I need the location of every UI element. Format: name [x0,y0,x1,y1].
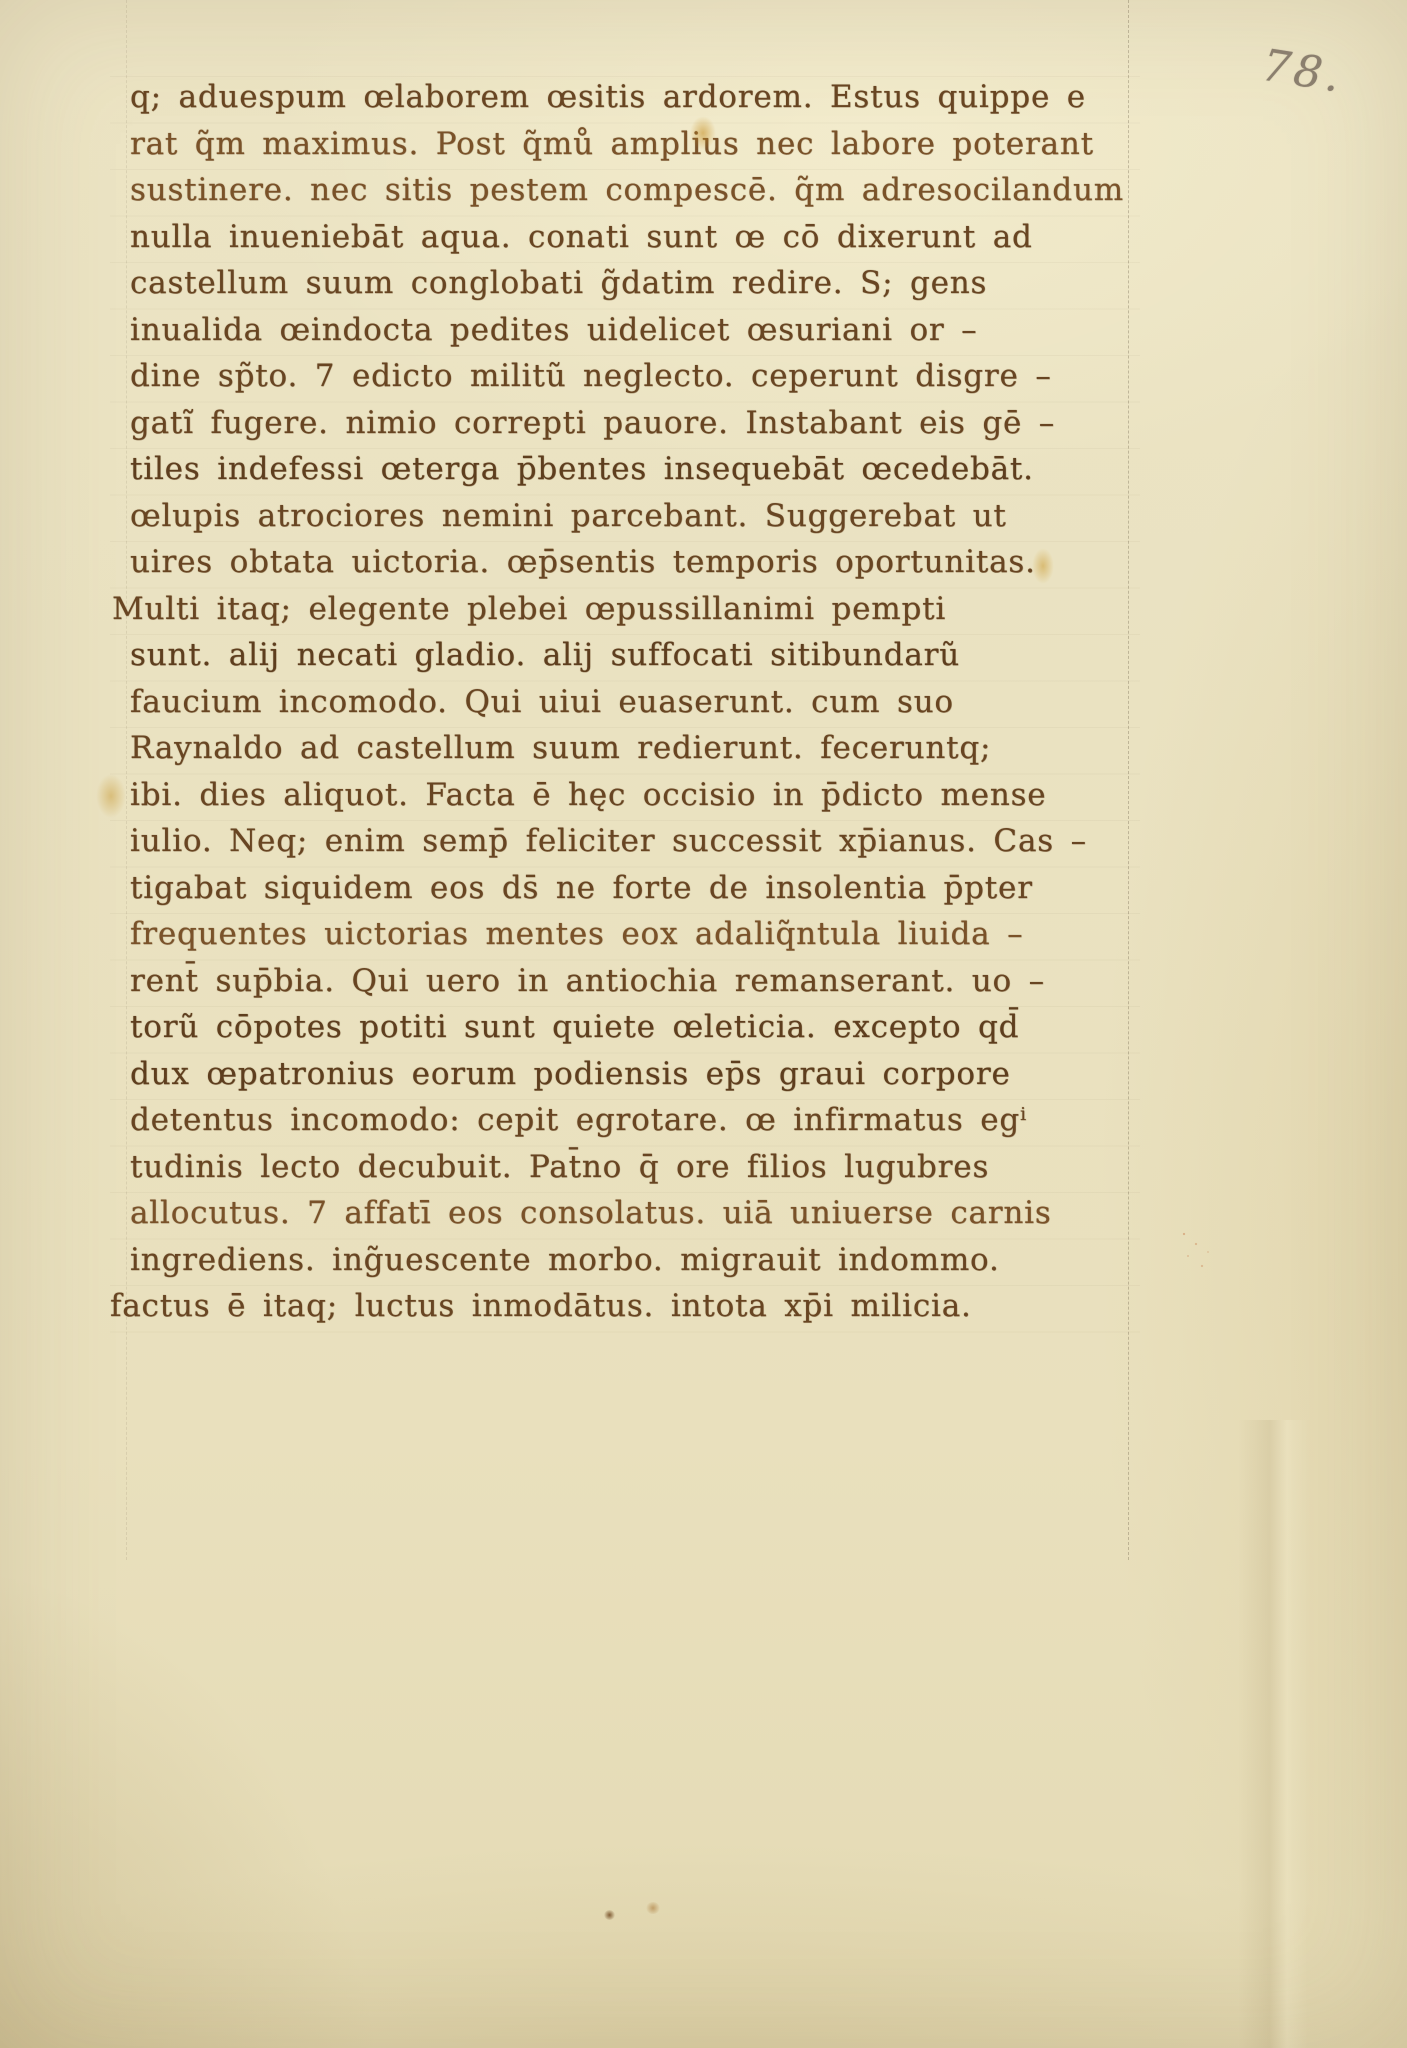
text-line: nulla inueniebāt aqua. conati sunt œ cō … [130,214,1140,261]
red-speckle-marks [1178,1226,1218,1278]
text-line: rat q̃m maximus. Post q̃mů amplius nec l… [130,121,1140,168]
text-line: Multi itaq; elegente plebei œpussillanim… [112,586,1140,633]
text-line: dine sp̃to. 7 edicto militũ neglecto. ce… [130,353,1140,400]
text-line: castellum suum conglobati g̃datim redire… [130,260,1140,307]
ink-spot [646,1902,660,1914]
text-line: q; aduespum œlaborem œsitis ardorem. Est… [130,74,1140,121]
manuscript-page: 78. q; aduespum œlaborem œsitis ardorem.… [0,0,1407,2048]
folio-number: 78. [1259,40,1348,103]
text-line: detentus incomodo: cepit egrotare. œ inf… [130,1097,1140,1144]
text-line: allocutus. 7 affatī eos consolatus. uiā … [130,1190,1140,1237]
text-line: ibi. dies aliquot. Facta ē hęc occisio i… [130,772,1140,819]
text-line: dux œpatronius eorum podiensis ep̄s grau… [130,1051,1140,1098]
text-line: tudinis lecto decubuit. Pat̄no q̄ ore fi… [130,1144,1140,1191]
text-line: Raynaldo ad castellum suum redierunt. fe… [130,725,1140,772]
ink-blot-stain [96,774,126,818]
text-line: tigabat siquidem eos ds̄ ne forte de ins… [130,865,1140,912]
text-line: factus ē itaq; luctus inmodātus. intota … [110,1283,1140,1330]
text-line: gatĩ fugere. nimio correpti pauore. Inst… [130,400,1140,447]
text-line: inualida œindocta pedites uidelicet œsur… [130,307,1140,354]
text-line: uires obtata uictoria. œp̄sentis tempori… [130,539,1140,586]
text-line: frequentes uictorias mentes eox adaliq̃n… [130,911,1140,958]
text-line: sunt. alij necati gladio. alij suffocati… [130,632,1140,679]
text-line: œlupis atrociores nemini parcebant. Sugg… [130,493,1140,540]
text-line: rent̄ sup̄bia. Qui uero in antiochia rem… [130,958,1140,1005]
text-line: torũ cōpotes potiti sunt quiete œleticia… [130,1004,1140,1051]
text-line: sustinere. nec sitis pestem compescē. q̃… [130,167,1140,214]
text-block: q; aduespum œlaborem œsitis ardorem. Est… [130,74,1140,1330]
parchment-crease [1238,1420,1308,2048]
text-line: ingrediens. ing̃uescente morbo. migrauit… [130,1237,1140,1284]
ink-spot [604,1910,615,1920]
text-line: faucium incomodo. Qui uiui euaserunt. cu… [130,679,1140,726]
text-line: iulio. Neq; enim semp̄ feliciter success… [130,818,1140,865]
text-line: tiles indefessi œterga p̄bentes insequeb… [130,446,1140,493]
